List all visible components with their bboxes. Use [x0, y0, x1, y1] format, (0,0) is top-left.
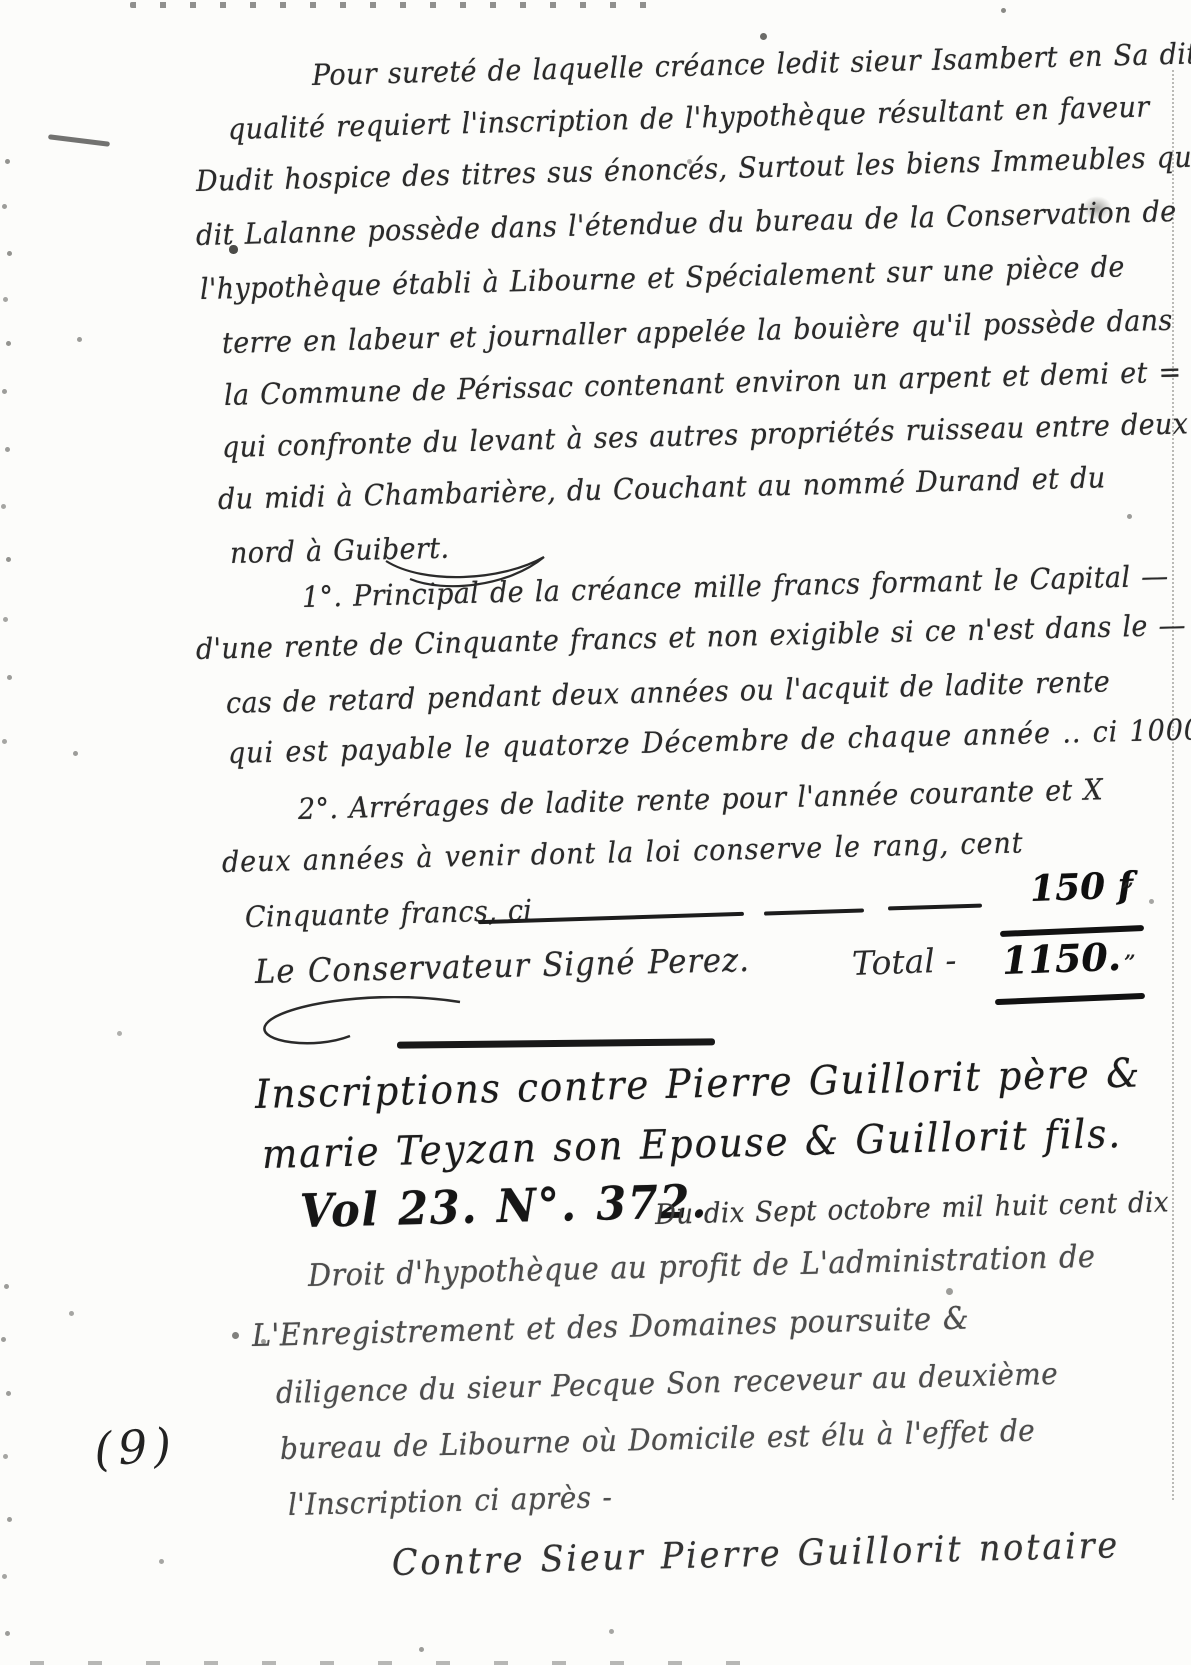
manuscript-line: diligence du sieur Pecque Son receveur a… — [276, 1357, 1059, 1411]
scan-speckles-bottom — [30, 1661, 750, 1665]
filler-dash — [764, 908, 864, 915]
manuscript-line: la Commune de Périssac contenant environ… — [224, 355, 1182, 412]
manuscript-line: Dudit hospice des titres sus énoncés, Su… — [196, 138, 1191, 198]
scan-mark — [48, 134, 110, 147]
manuscript-line: deux années à venir dont la loi conserve… — [222, 825, 1024, 879]
manuscript-line: d'une rente de Cinquante francs et non e… — [196, 608, 1187, 666]
manuscript-line: Droit d'hypothèque au profit de L'admini… — [308, 1239, 1096, 1294]
ditto-mark: ” — [1124, 950, 1136, 974]
entry2-date: Du dix Sept octobre mil huit cent dix — [655, 1185, 1170, 1231]
manuscript-line: du midi à Chambarière, du Couchant au no… — [218, 460, 1106, 516]
paper-edge-line — [1172, 70, 1174, 1500]
manuscript-line: bureau de Libourne où Domicile est élu à… — [280, 1414, 1036, 1467]
manuscript-line: Pour sureté de laquelle créance ledit si… — [312, 36, 1191, 92]
sum-line-label: Cinquante francs, ci — [245, 893, 533, 934]
entry2-closing-line: Contre Sieur Pierre Guillorit notaire — [391, 1525, 1120, 1584]
entry2-volume-number: Vol 23. N°. 372. — [299, 1174, 708, 1238]
manuscript-line: qui confronte du levant à ses autres pro… — [222, 406, 1189, 464]
amount-150f: 150 f — [1029, 864, 1134, 910]
paraph-flourish — [382, 543, 572, 589]
entry2-heading-line2: marie Teyzan son Epouse & Guillorit fils… — [261, 1111, 1122, 1178]
total-value: 1150. — [1001, 934, 1121, 983]
manuscript-line: qualité requiert l'inscription de l'hypo… — [228, 89, 1150, 146]
manuscript-line: cas de retard pendant deux années ou l'a… — [226, 664, 1111, 720]
conservator-signature-line: Le Conservateur Signé Perez. — [255, 940, 751, 991]
item-2-arrerages: 2°. Arrérages de ladite rente pour l'ann… — [298, 772, 1104, 826]
page-number: (9) — [92, 1417, 179, 1477]
manuscript-line: L'Enregistrement et des Domaines poursui… — [252, 1300, 970, 1354]
filler-dash — [888, 904, 982, 911]
manuscript-line: l'Inscription ci après - — [288, 1480, 613, 1523]
scan-speckles — [0, 0, 3, 3]
total-rule-bottom — [995, 993, 1145, 1005]
manuscript-line: dit Lalanne possède dans l'étendue du bu… — [196, 194, 1177, 252]
manuscript-line: qui est payable le quatorze Décembre de … — [228, 711, 1191, 770]
ditto-mark: ” — [1122, 878, 1134, 902]
manuscript-line: l'hypothèque établi à Libourne et Spécia… — [200, 249, 1125, 306]
manuscript-page: Pour sureté de laquelle créance ledit si… — [0, 0, 1191, 1665]
total-label: Total - — [851, 940, 957, 983]
entry2-heading-line1: Inscriptions contre Pierre Guillorit pèr… — [254, 1050, 1141, 1118]
scan-speckles-top — [130, 2, 650, 8]
manuscript-line: terre en labeur et journaller appelée la… — [222, 303, 1173, 360]
